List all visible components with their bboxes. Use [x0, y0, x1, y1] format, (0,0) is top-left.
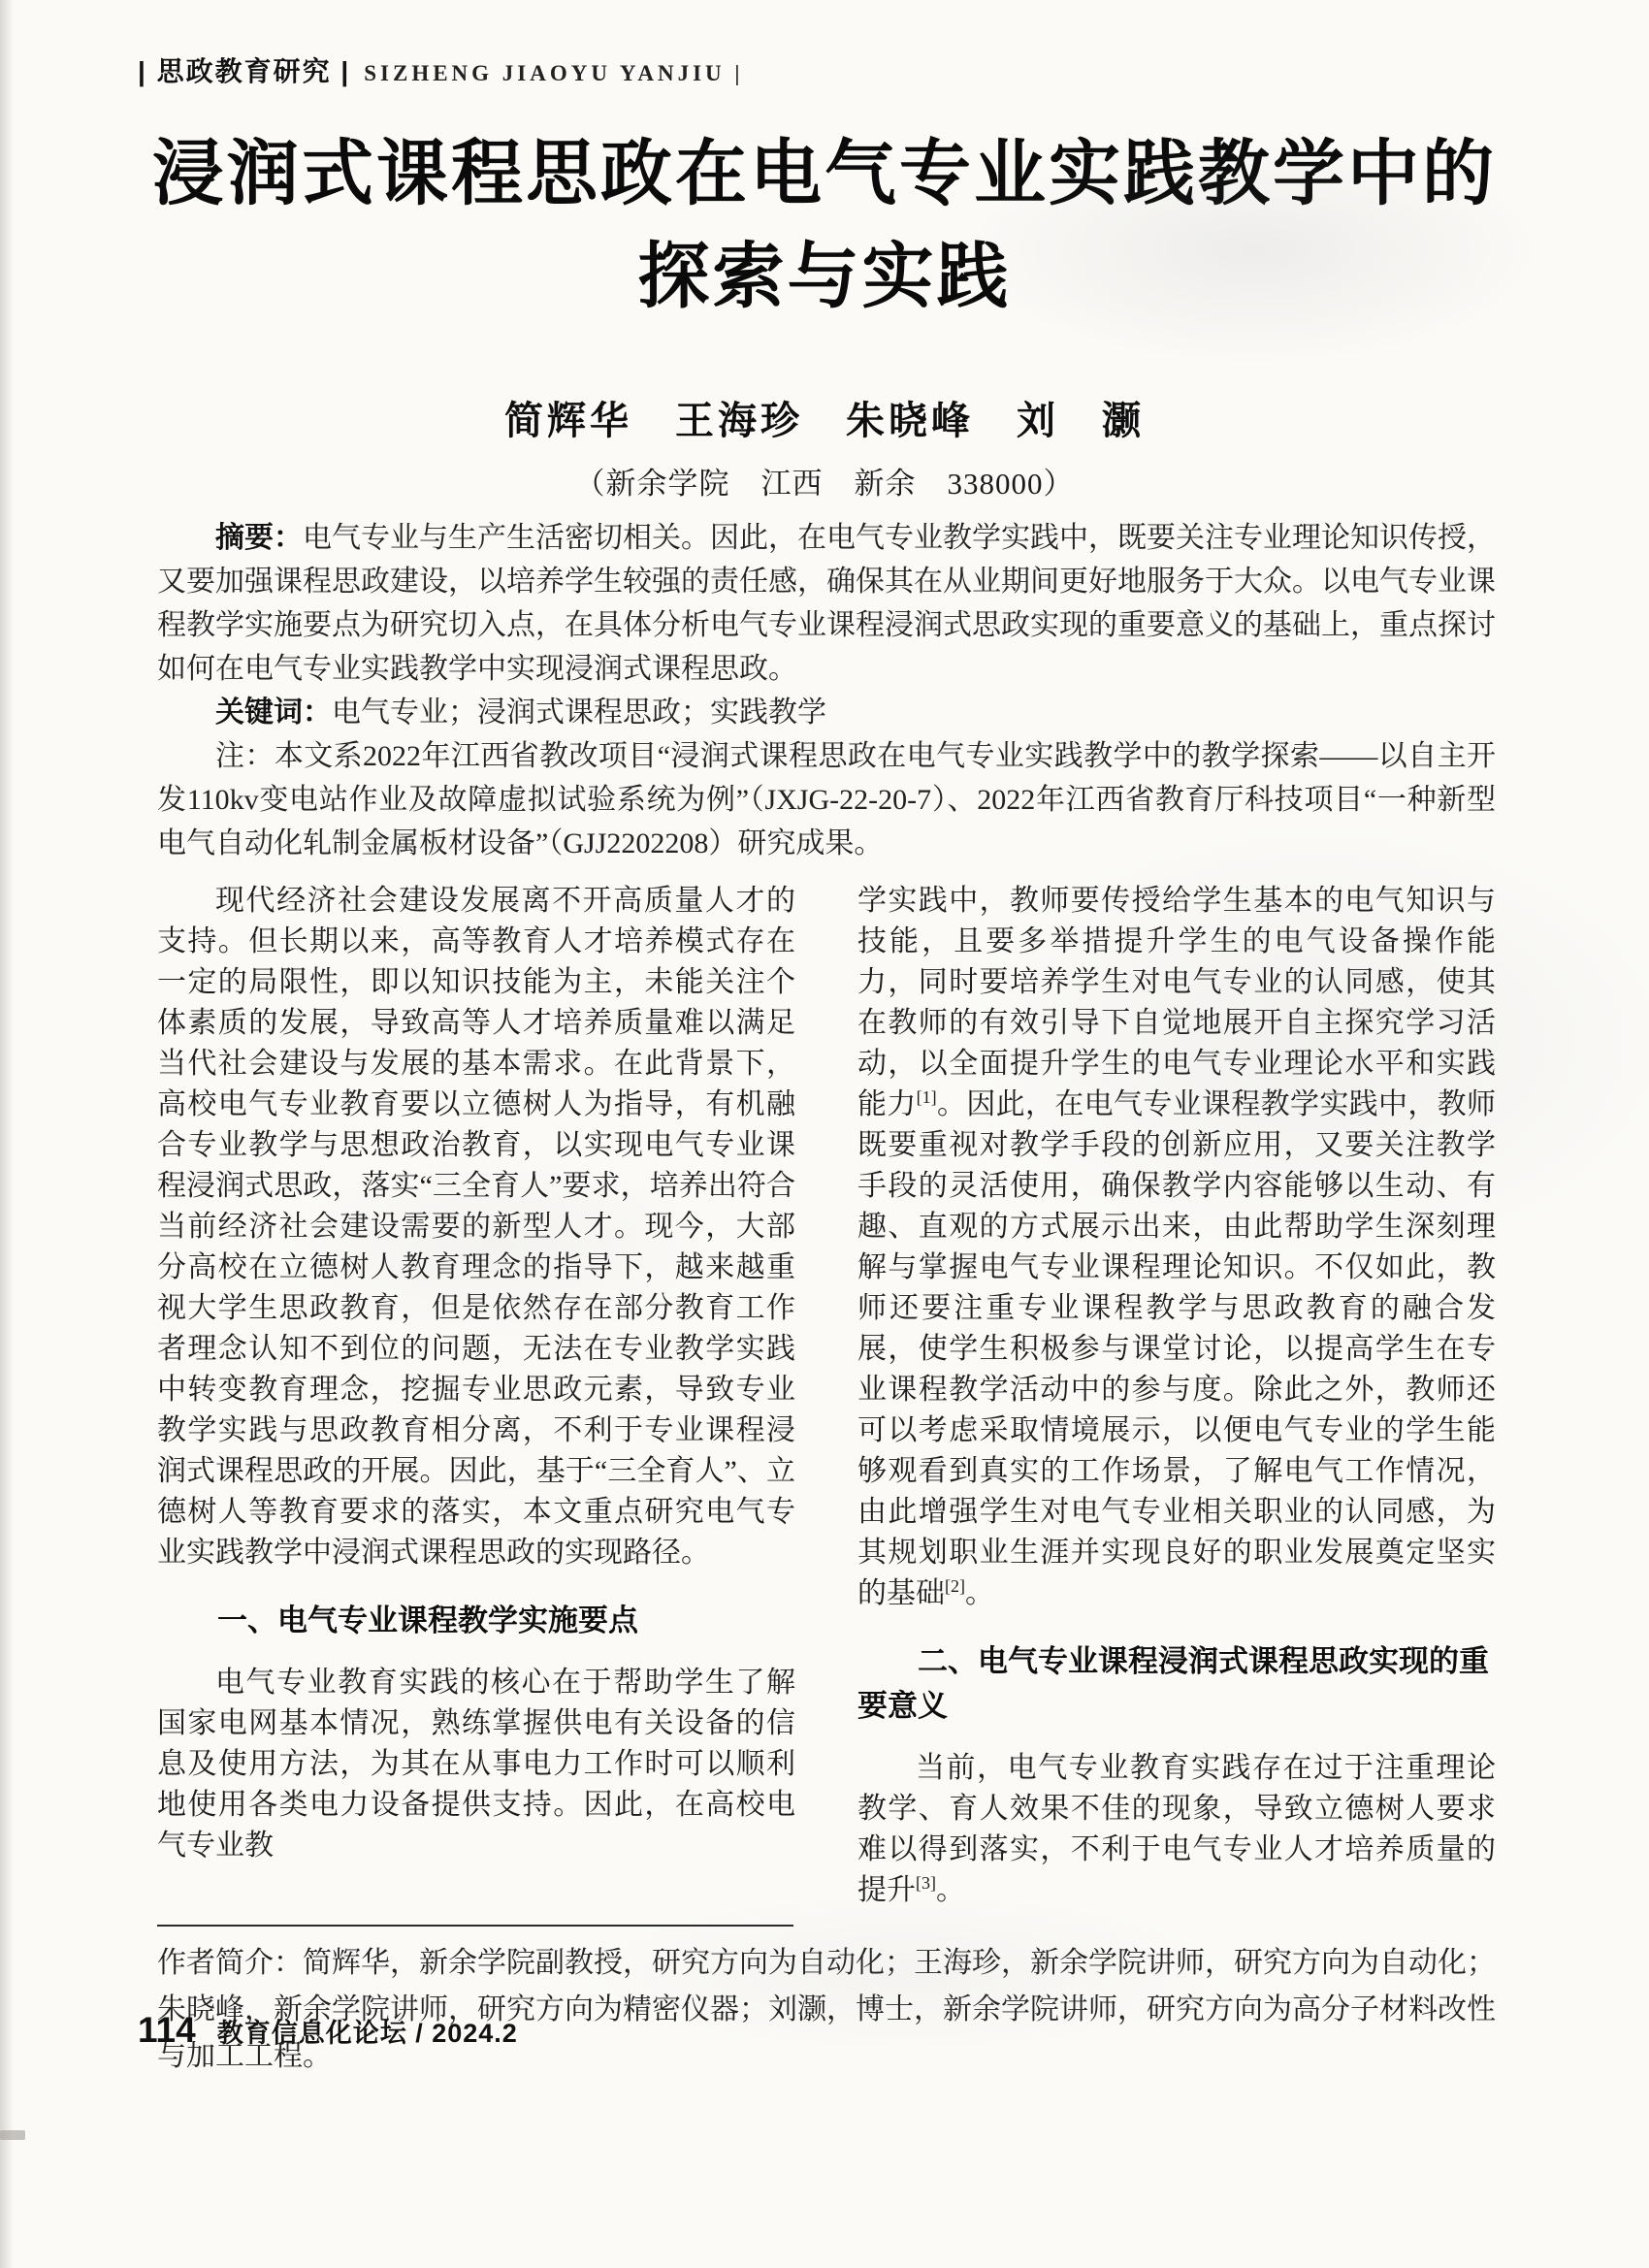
- article-title-line1: 浸润式课程思政在电气专业实践教学中的: [152, 133, 1497, 213]
- citation-ref-1: [1]: [917, 1087, 937, 1107]
- section-2-paragraph: 当前，电气专业教育实践存在过于注重理论教学、育人效果不佳的现象，导致立德树人要求…: [857, 1748, 1496, 1911]
- page-number: 114: [138, 2010, 196, 2051]
- citation-ref-3: [3]: [916, 1873, 936, 1893]
- keywords-label: 关键词：: [215, 697, 332, 729]
- section-name-chinese: | 思政教育研究 |: [138, 50, 350, 89]
- author-names: 简辉华 王海珍 朱晓峰 刘 灏: [0, 390, 1649, 445]
- journal-section-header: | 思政教育研究 | SIZHENG JIAOYU YANJIU |: [138, 50, 743, 89]
- keywords-paragraph: 关键词：电气专业；浸润式课程思政；实践教学: [157, 691, 1496, 734]
- section-1-paragraph-continued: 学实践中，教师要传授给学生基本的电气知识与技能，且要多举措提升学生的电气设备操作…: [857, 881, 1496, 1614]
- front-matter: 摘要：电气专业与生产生活密切相关。因此，在电气专业教学实践中，既要关注专业理论知…: [157, 516, 1496, 865]
- intro-paragraph: 现代经济社会建设发展离不开高质量人才的支持。但长期以来，高等教育人才培养模式存在…: [157, 881, 795, 1573]
- author-affiliation: （新余学院 江西 新余 338000）: [0, 459, 1649, 502]
- section-heading-1: 一、电气专业课程教学实施要点: [157, 1599, 795, 1643]
- section-1-text-run: 学实践中，教师要传授给学生基本的电气知识与技能，且要多举措提升学生的电气设备操作…: [857, 885, 1496, 1120]
- abstract-text: 电气专业与生产生活密切相关。因此，在电气专业教学实践中，既要关注专业理论知识传授…: [157, 522, 1496, 685]
- scan-speck-artifact: [0, 2130, 25, 2140]
- right-column: 学实践中，教师要传授给学生基本的电气知识与技能，且要多举措提升学生的电气设备操作…: [857, 881, 1496, 1911]
- section-name-pinyin: SIZHENG JIAOYU YANJIU |: [364, 61, 743, 86]
- abstract-paragraph: 摘要：电气专业与生产生活密切相关。因此，在电气专业教学实践中，既要关注专业理论知…: [157, 516, 1496, 691]
- citation-ref-2: [2]: [945, 1576, 965, 1596]
- article-body-columns: 现代经济社会建设发展离不开高质量人才的支持。但长期以来，高等教育人才培养模式存在…: [157, 881, 1496, 1911]
- footnote-separator-rule: [157, 1925, 793, 1927]
- article-title: 浸润式课程思政在电气专业实践教学中的 探索与实践: [78, 0, 1571, 328]
- section-heading-2: 二、电气专业课程浸润式课程思政实现的重要意义: [857, 1639, 1496, 1729]
- funding-note-text: 本文系2022年江西省教改项目“浸润式课程思政在电气专业实践教学中的教学探索——…: [157, 740, 1496, 859]
- scanned-journal-page: | 思政教育研究 | SIZHENG JIAOYU YANJIU | 浸润式课程…: [0, 0, 1649, 2268]
- page-footer: 114 教育信息化论坛 / 2024.2: [138, 2010, 518, 2051]
- funding-note-label: 注：: [215, 740, 275, 772]
- section-2-text-run: 。: [936, 1874, 965, 1906]
- journal-name-issue: 教育信息化论坛 / 2024.2: [217, 2012, 518, 2050]
- left-column: 现代经济社会建设发展离不开高质量人才的支持。但长期以来，高等教育人才培养模式存在…: [157, 881, 795, 1911]
- keywords-text: 电气专业；浸润式课程思政；实践教学: [332, 697, 826, 729]
- article-title-line2: 探索与实践: [638, 236, 1012, 316]
- section-1-text-run: 。因此，在电气专业课程教学实践中，教师既要重视对教学手段的创新应用，又要关注教学…: [857, 1088, 1496, 1609]
- abstract-label: 摘要：: [215, 522, 303, 554]
- section-1-paragraph: 电气专业教育实践的核心在于帮助学生了解国家电网基本情况，熟练掌握供电有关设备的信…: [157, 1663, 795, 1866]
- funding-note-paragraph: 注：本文系2022年江西省教改项目“浸润式课程思政在电气专业实践教学中的教学探索…: [157, 734, 1496, 865]
- scan-edge-artifact: [0, 0, 14, 2268]
- section-1-text-run: 。: [965, 1577, 994, 1609]
